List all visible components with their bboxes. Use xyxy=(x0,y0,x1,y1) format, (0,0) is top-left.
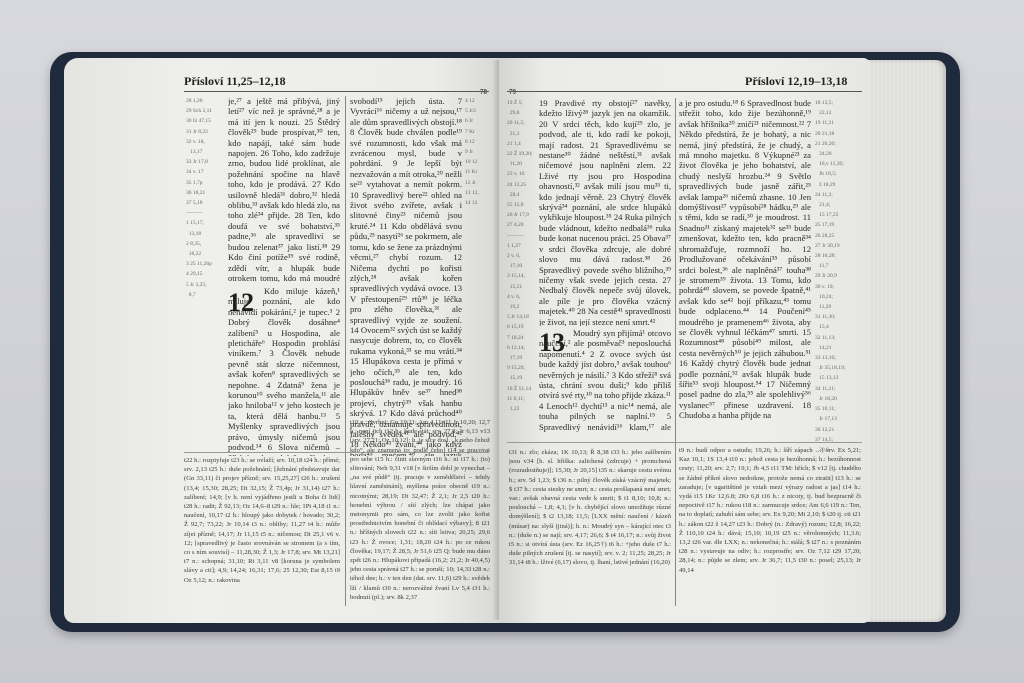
right-page-header: Přísloví 12,19–13,18 xyxy=(745,74,847,89)
page-edges xyxy=(866,60,946,622)
right-xrefs-column: 19 Ž 5; 29,8 20 11,5; 21,3 21 1,4 22 Ž 1… xyxy=(507,98,537,414)
left-footnotes-2: t10 n.: Svrhni; Gn 19,21; Am 4,11 t11 Jr… xyxy=(350,418,490,608)
right-page-number: 79 xyxy=(509,88,516,96)
right-text-column-2: a je pro ostudu.¹⁸ 6 Spravedlnost bude s… xyxy=(679,98,811,444)
right-text-column-1: 19 Pravdivé rty obstojí²⁷ navěky, kdežto… xyxy=(539,98,671,326)
left-text-column-1: je,²⁷ a ještě má přibývá, jiný letí²⁷ ví… xyxy=(228,96,340,282)
left-page: Přísloví 11,25–12,18 78 28 1,20 29 Sch 2… xyxy=(64,58,499,623)
right-footnotes-1: t31 n.: zlo; zkáza; 1K 10,13; Ř 8,38 t33… xyxy=(509,448,671,608)
right-xrefs-column-2: 18 13,5; 22,12 19 11,21 20 21,18 21 20,2… xyxy=(815,98,865,455)
header-rule xyxy=(184,91,489,92)
notes-rule xyxy=(507,442,862,443)
right-page: 79 Přísloví 12,19–13,18 19 Ž 5; 29,8 20 … xyxy=(499,58,871,623)
right-footnotes-2: t9 n.: budí odpor a ostudu; 19,26; h.: š… xyxy=(679,446,861,606)
left-text-column-2: svobodí¹⁵ jejich ústa. 7 Vyvrácí¹⁶ ničem… xyxy=(350,96,462,456)
left-text-column-1-ch12: Kdo miluje kázeň,¹ miluje poznání, ale k… xyxy=(228,286,340,456)
left-page-header: Přísloví 11,25–12,18 xyxy=(184,74,286,89)
column-divider xyxy=(675,98,676,606)
left-xrefs-column-2: 4 12 5 Jr2 6 Jr 7 Kr 8 12 9 Jr 10 12 11 … xyxy=(465,96,495,208)
left-page-number: 78 xyxy=(480,88,487,96)
header-rule xyxy=(507,91,862,92)
left-xrefs-column: 28 1,20 29 Sch 2,11 30 Iz 47,15 31 Jr 8,… xyxy=(186,96,226,300)
right-text-column-1-ch13: Moudrý syn přijímá¹ otcovo naučení,² ale… xyxy=(539,328,671,432)
column-divider xyxy=(345,96,346,606)
left-footnotes-1: t22 h.: rozptyluje t23 h.: se ovlaží; sr… xyxy=(184,456,340,606)
